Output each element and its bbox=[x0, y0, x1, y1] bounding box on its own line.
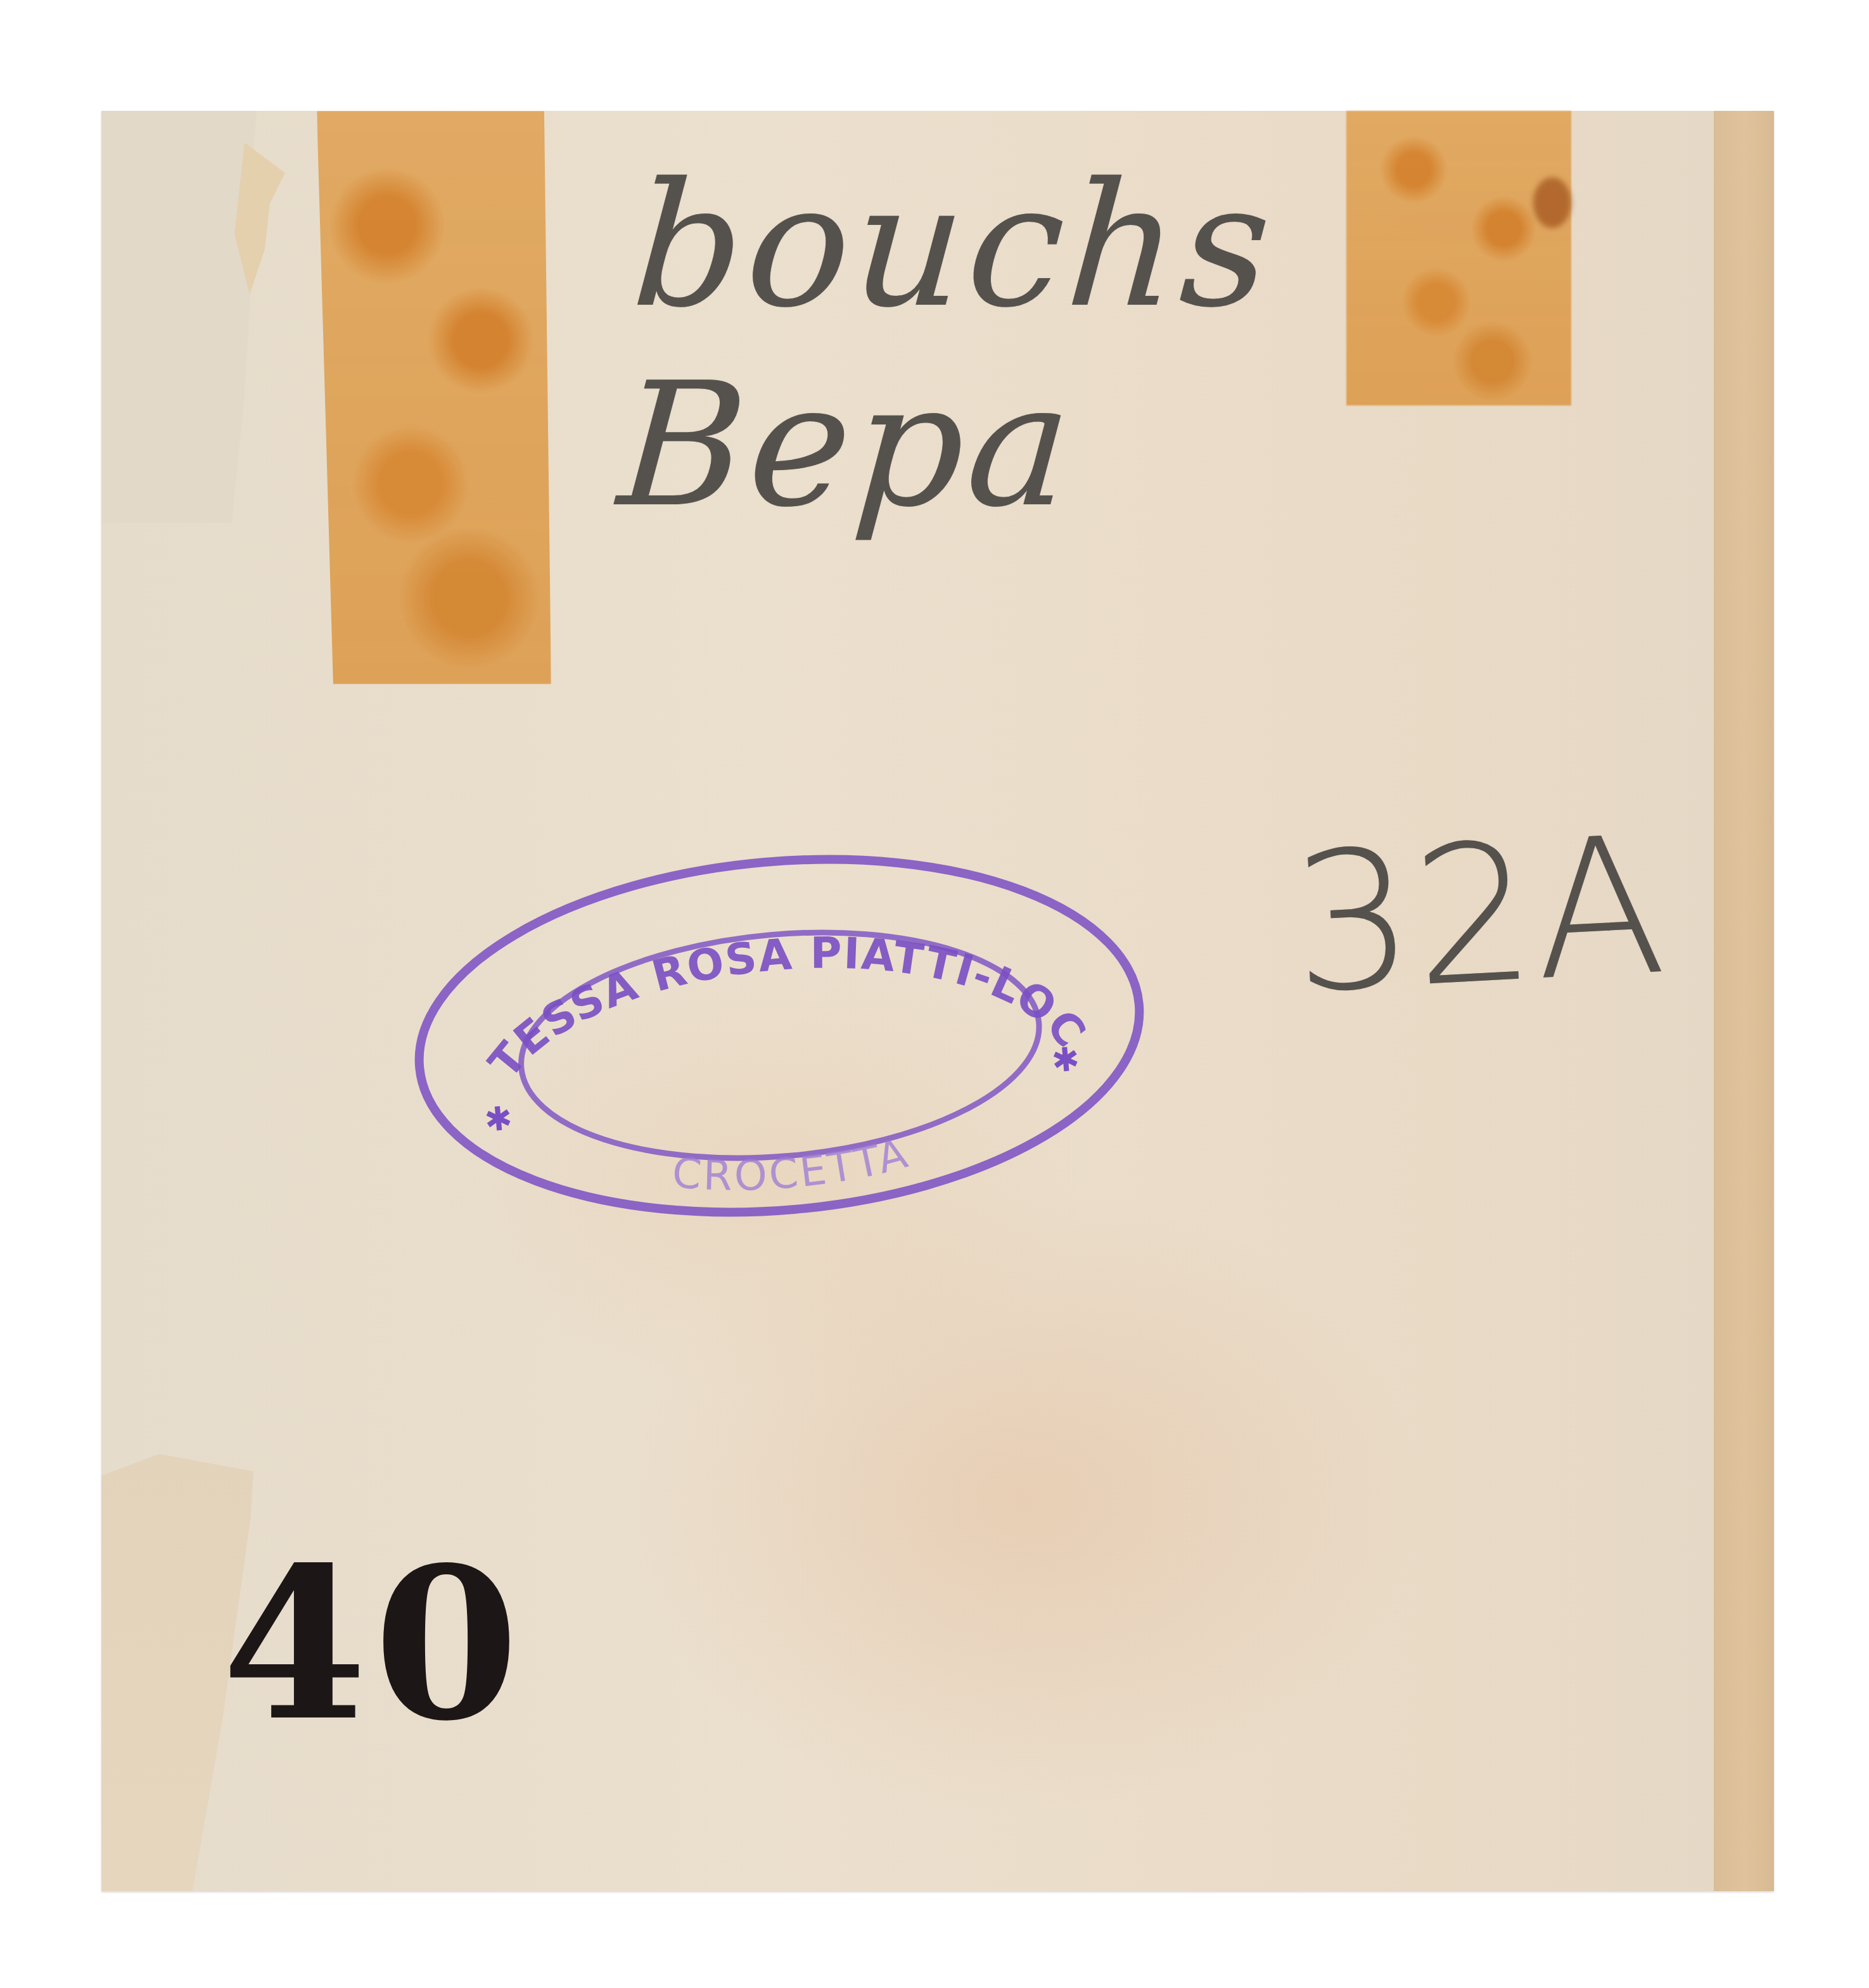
adhesive-stain-left bbox=[317, 111, 551, 684]
card-back: bouchs Bepa 32A CONTESSA ROSA PIATTI-LOC… bbox=[101, 111, 1774, 1891]
owner-stamp: CONTESSA ROSA PIATTI-LOCHIS CROCETTA ✱ ✱ bbox=[394, 824, 1164, 1248]
oval-stamp-graphic: CONTESSA ROSA PIATTI-LOCHIS CROCETTA ✱ ✱ bbox=[394, 824, 1164, 1248]
tape-remnant-top-left bbox=[101, 111, 257, 523]
inventory-code: 32A bbox=[1287, 795, 1669, 1035]
handwritten-inscription: bouchs Bepa bbox=[613, 146, 1788, 545]
star-icon-left: ✱ bbox=[483, 1099, 514, 1140]
star-icon-right: ✱ bbox=[1050, 1040, 1081, 1081]
stencil-number: 40 bbox=[222, 1539, 525, 1749]
